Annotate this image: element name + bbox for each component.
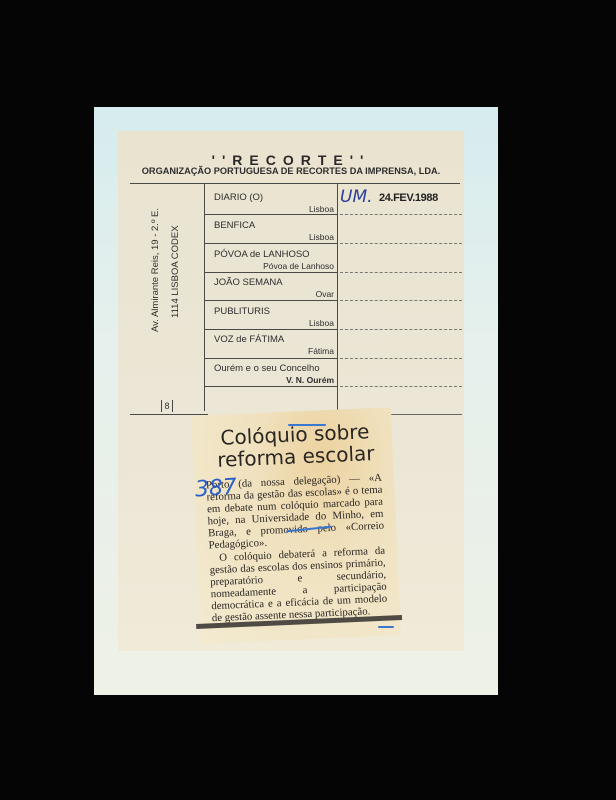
box-number: 8 <box>161 400 173 412</box>
publication-name: PUBLITURIS <box>214 306 270 317</box>
blue-pen-mark <box>378 626 394 628</box>
publication-city: Póvoa de Lanhoso <box>263 261 334 271</box>
address-line-1: Av. Almirante Reis, 19 - 2.º E. <box>150 208 161 332</box>
date-line <box>340 358 462 359</box>
publication-city: Lisboa <box>309 318 334 328</box>
handwritten-number: 387 <box>194 475 238 503</box>
row-divider <box>204 329 338 330</box>
table-right-border <box>337 183 338 411</box>
row-divider <box>204 300 338 301</box>
clipping-paragraph-2: O colóquio debaterá a reforma da gestão … <box>209 544 388 624</box>
date-line <box>340 386 462 387</box>
header-divider <box>130 183 460 184</box>
row-divider <box>204 358 338 359</box>
publication-name: VOZ de FÁTIMA <box>214 334 284 345</box>
blue-pen-mark <box>288 424 326 426</box>
clipping-headline: Colóquio sobre reforma escolar <box>202 419 390 471</box>
table-left-border <box>204 183 205 411</box>
date-stamp: 24.FEV.1988 <box>379 192 438 204</box>
publication-city: Fátima <box>308 346 334 356</box>
date-line <box>340 272 462 273</box>
address-line-2: 1114 LISBOA CODEX <box>170 225 181 318</box>
publication-city: Lisboa <box>309 204 334 214</box>
row-divider <box>204 243 338 244</box>
row-divider <box>204 272 338 273</box>
publication-name: Ourém e o seu Concelho <box>214 363 320 374</box>
publication-city: V. N. Ourém <box>286 375 334 385</box>
publication-city: Lisboa <box>309 232 334 242</box>
row-divider <box>204 214 338 215</box>
handwritten-source: UM. <box>340 187 373 207</box>
form-subtitle: ORGANIZAÇÃO PORTUGUESA DE RECORTES DA IM… <box>118 166 464 176</box>
publication-name: PÓVOA de LANHOSO <box>214 249 310 260</box>
date-line <box>340 214 462 215</box>
date-line <box>340 300 462 301</box>
date-line <box>380 414 462 415</box>
row-divider <box>204 386 338 387</box>
publication-name: BENFICA <box>214 220 255 231</box>
newspaper-clipping: Colóquio sobre reforma escolar Porto (da… <box>191 407 401 644</box>
date-line <box>340 329 462 330</box>
publication-name: JOÃO SEMANA <box>214 277 283 288</box>
date-line <box>340 243 462 244</box>
publication-name: DIARIO (O) <box>214 192 263 203</box>
publication-city: Ovar <box>316 289 334 299</box>
